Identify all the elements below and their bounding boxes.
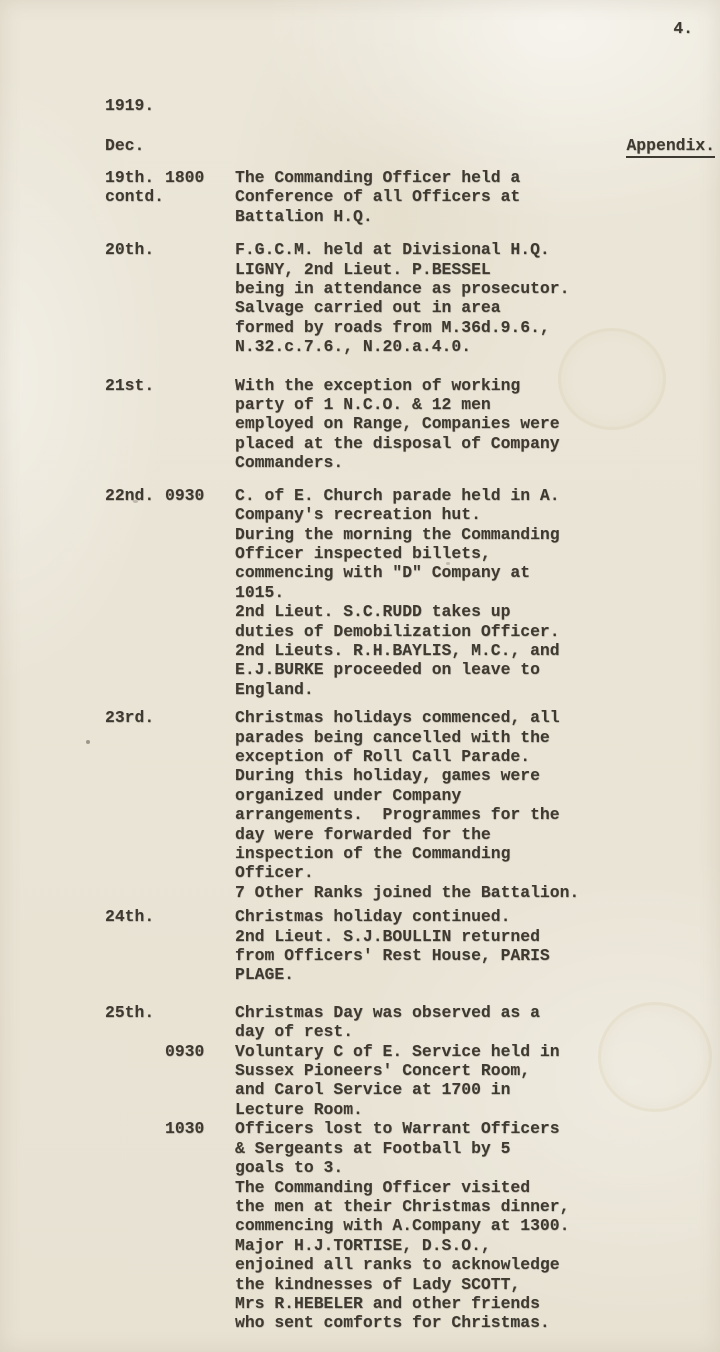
entry-text-line: The Commanding Officer held a bbox=[235, 168, 720, 187]
entry-text-line: England. bbox=[235, 680, 720, 699]
diary-entry: 20th. F.G.C.M. held at Divisional H.Q.LI… bbox=[105, 240, 720, 356]
entry-text-line: Christmas holidays commenced, all bbox=[235, 708, 720, 727]
entry-text-line: Salvage carried out in area bbox=[235, 298, 720, 317]
diary-entry: 24th. Christmas holiday continued.2nd Li… bbox=[105, 907, 720, 985]
entry-text-line: and Carol Service at 1700 in bbox=[235, 1080, 720, 1099]
entry-text: Officers lost to Warrant Officers& Serge… bbox=[235, 1119, 720, 1332]
entry-block: 0930Voluntary C of E. Service held inSus… bbox=[165, 1042, 720, 1120]
entry-text-line: 2nd Lieuts. R.H.BAYLIS, M.C., and bbox=[235, 641, 720, 660]
entry-text-line: Lecture Room. bbox=[235, 1100, 720, 1119]
entry-time: 0930 bbox=[165, 486, 235, 505]
entry-date: 24th. bbox=[105, 907, 165, 926]
entry-date: 19th.contd. bbox=[105, 168, 165, 207]
entry-text-line: 2nd Lieut. S.J.BOULLIN returned bbox=[235, 927, 720, 946]
entry-text-line: F.G.C.M. held at Divisional H.Q. bbox=[235, 240, 720, 259]
entry-text: With the exception of workingparty of 1 … bbox=[235, 376, 720, 473]
entry-text-line: Officers lost to Warrant Officers bbox=[235, 1119, 720, 1138]
entry-date-line: contd. bbox=[105, 187, 165, 206]
entry-text-line: Mrs R.HEBELER and other friends bbox=[235, 1294, 720, 1313]
entry-text-line: employed on Range, Companies were bbox=[235, 414, 720, 433]
entry-blocks: Christmas holidays commenced, allparades… bbox=[165, 708, 720, 902]
entry-blocks: Christmas Day was observed as aday of re… bbox=[165, 1003, 720, 1333]
entry-time: 1030 bbox=[165, 1119, 235, 1138]
entry-text-line: placed at the disposal of Company bbox=[235, 434, 720, 453]
entry-text-line: During this holiday, games were bbox=[235, 766, 720, 785]
entry-text-line: arrangements. Programmes for the bbox=[235, 805, 720, 824]
entry-text-line: organized under Company bbox=[235, 786, 720, 805]
entry-text-line: N.32.c.7.6., N.20.a.4.0. bbox=[235, 337, 720, 356]
entry-text-line: goals to 3. bbox=[235, 1158, 720, 1177]
entry-text-line: PLAGE. bbox=[235, 965, 720, 984]
entry-text: The Commanding Officer held aConference … bbox=[235, 168, 720, 226]
entry-block: 1800The Commanding Officer held aConfere… bbox=[165, 168, 720, 226]
entry-text-line: Commanders. bbox=[235, 453, 720, 472]
entry-text-line: During the morning the Commanding bbox=[235, 525, 720, 544]
appendix-label: Appendix. bbox=[626, 136, 715, 158]
diary-entry: 22nd. 0930C. of E. Church parade held in… bbox=[105, 486, 720, 699]
entry-time: 0930 bbox=[165, 1042, 235, 1061]
entry-text-line: enjoined all ranks to acknowledge bbox=[235, 1255, 720, 1274]
entry-text-line: 2nd Lieut. S.C.RUDD takes up bbox=[235, 602, 720, 621]
entry-text-line: commencing with A.Company at 1300. bbox=[235, 1216, 720, 1235]
diary-entry: 25th. Christmas Day was observed as aday… bbox=[105, 1003, 720, 1333]
entry-text: Voluntary C of E. Service held inSussex … bbox=[235, 1042, 720, 1120]
entry-date: 21st. bbox=[105, 376, 165, 395]
month-label: Dec. bbox=[105, 136, 144, 155]
entry-date-line: 19th. bbox=[105, 168, 165, 187]
subhead-row: Dec. Appendix. bbox=[105, 136, 715, 158]
diary-entries: 19th.contd. 1800The Commanding Officer h… bbox=[105, 168, 720, 1333]
entry-text-line: Christmas Day was observed as a bbox=[235, 1003, 720, 1022]
entry-block: 0930C. of E. Church parade held in A.Com… bbox=[165, 486, 720, 699]
entry-text-line: Major H.J.TORTISE, D.S.O., bbox=[235, 1236, 720, 1255]
entry-block: 1030Officers lost to Warrant Officers& S… bbox=[165, 1119, 720, 1332]
entry-text-line: Sussex Pioneers' Concert Room, bbox=[235, 1061, 720, 1080]
entry-text-line: exception of Roll Call Parade. bbox=[235, 747, 720, 766]
entry-text-line: who sent comforts for Christmas. bbox=[235, 1313, 720, 1332]
entry-date: 23rd. bbox=[105, 708, 165, 727]
entry-text: Christmas holiday continued.2nd Lieut. S… bbox=[235, 907, 720, 985]
entry-date-line: 21st. bbox=[105, 376, 165, 395]
entry-date-line: 20th. bbox=[105, 240, 165, 259]
entry-text-line: Company's recreation hut. bbox=[235, 505, 720, 524]
entry-block: Christmas holidays commenced, allparades… bbox=[165, 708, 720, 902]
diary-entry: 19th.contd. 1800The Commanding Officer h… bbox=[105, 168, 720, 226]
entry-time: 1800 bbox=[165, 168, 235, 187]
entry-date-line: 25th. bbox=[105, 1003, 165, 1022]
entry-text: Christmas holidays commenced, allparades… bbox=[235, 708, 720, 902]
entry-text-line: from Officers' Rest House, PARIS bbox=[235, 946, 720, 965]
entry-text: C. of E. Church parade held in A.Company… bbox=[235, 486, 720, 699]
entry-text-line: day of rest. bbox=[235, 1022, 720, 1041]
page-number: 4. bbox=[673, 19, 693, 38]
entry-text-line: party of 1 N.C.O. & 12 men bbox=[235, 395, 720, 414]
entry-text-line: Officer. bbox=[235, 863, 720, 882]
war-diary-page: 4. 1919. Dec. Appendix. 19th.contd. 1800… bbox=[0, 0, 720, 1352]
entry-text-line: With the exception of working bbox=[235, 376, 720, 395]
year-heading: 1919. bbox=[105, 96, 154, 115]
entry-blocks: 1800The Commanding Officer held aConfere… bbox=[165, 168, 720, 226]
entry-blocks: 0930C. of E. Church parade held in A.Com… bbox=[165, 486, 720, 699]
entry-date: 20th. bbox=[105, 240, 165, 259]
entry-date-line: 23rd. bbox=[105, 708, 165, 727]
entry-text-line: LIGNY, 2nd Lieut. P.BESSEL bbox=[235, 260, 720, 279]
entry-text: Christmas Day was observed as aday of re… bbox=[235, 1003, 720, 1042]
entry-date: 25th. bbox=[105, 1003, 165, 1022]
entry-text-line: The Commanding Officer visited bbox=[235, 1178, 720, 1197]
entry-text-line: the kindnesses of Lady SCOTT, bbox=[235, 1275, 720, 1294]
diary-entry: 23rd. Christmas holidays commenced, allp… bbox=[105, 708, 720, 902]
entry-text-line: day were forwarded for the bbox=[235, 825, 720, 844]
entry-text-line: Battalion H.Q. bbox=[235, 207, 720, 226]
entry-text-line: parades being cancelled with the bbox=[235, 728, 720, 747]
entry-text-line: & Sergeants at Football by 5 bbox=[235, 1139, 720, 1158]
entry-text-line: the men at their Christmas dinner, bbox=[235, 1197, 720, 1216]
entry-text-line: formed by roads from M.36d.9.6., bbox=[235, 318, 720, 337]
entry-text-line: duties of Demobilization Officer. bbox=[235, 622, 720, 641]
diary-entry: 21st. With the exception of workingparty… bbox=[105, 376, 720, 473]
entry-text-line: Voluntary C of E. Service held in bbox=[235, 1042, 720, 1061]
entry-text-line: C. of E. Church parade held in A. bbox=[235, 486, 720, 505]
entry-text-line: inspection of the Commanding bbox=[235, 844, 720, 863]
entry-block: With the exception of workingparty of 1 … bbox=[165, 376, 720, 473]
entry-date: 22nd. bbox=[105, 486, 165, 505]
entry-text-line: E.J.BURKE proceeded on leave to bbox=[235, 660, 720, 679]
entry-block: Christmas Day was observed as aday of re… bbox=[165, 1003, 720, 1042]
ink-speck bbox=[86, 740, 90, 744]
entry-text-line: 1015. bbox=[235, 583, 720, 602]
entry-date-line: 24th. bbox=[105, 907, 165, 926]
entry-date-line: 22nd. bbox=[105, 486, 165, 505]
entry-blocks: With the exception of workingparty of 1 … bbox=[165, 376, 720, 473]
entry-text-line: Conference of all Officers at bbox=[235, 187, 720, 206]
entry-text-line: Christmas holiday continued. bbox=[235, 907, 720, 926]
entry-text: F.G.C.M. held at Divisional H.Q.LIGNY, 2… bbox=[235, 240, 720, 356]
entry-blocks: Christmas holiday continued.2nd Lieut. S… bbox=[165, 907, 720, 985]
entry-block: F.G.C.M. held at Divisional H.Q.LIGNY, 2… bbox=[165, 240, 720, 356]
entry-text-line: 7 Other Ranks joined the Battalion. bbox=[235, 883, 720, 902]
entry-blocks: F.G.C.M. held at Divisional H.Q.LIGNY, 2… bbox=[165, 240, 720, 356]
entry-block: Christmas holiday continued.2nd Lieut. S… bbox=[165, 907, 720, 985]
entry-text-line: being in attendance as prosecutor. bbox=[235, 279, 720, 298]
entry-text-line: commencing with "D" Company at bbox=[235, 563, 720, 582]
entry-text-line: Officer inspected billets, bbox=[235, 544, 720, 563]
